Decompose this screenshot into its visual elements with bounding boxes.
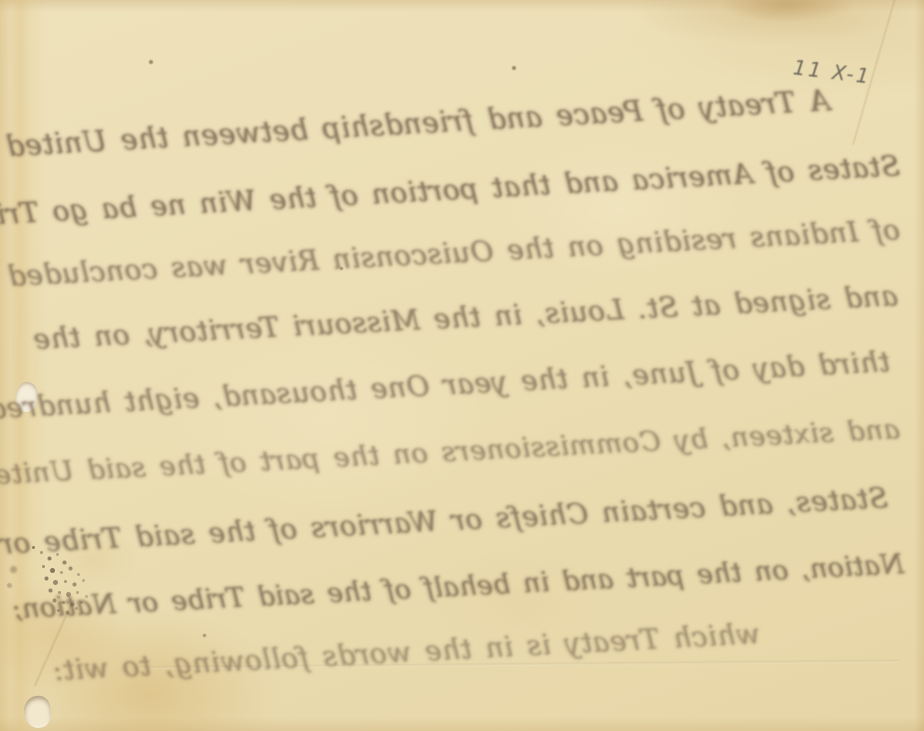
manuscript-line: Nation, on the part and in behalf of the… bbox=[12, 549, 905, 625]
mirrored-ink-showthrough-text: A Treaty of Peace and friendship between… bbox=[20, 0, 904, 731]
manuscript-scan-page: 11 X-1 A Treaty of Peace and friendship … bbox=[0, 0, 924, 731]
manuscript-line: third day of June, in the year One thous… bbox=[0, 345, 891, 425]
manuscript-line: States, and certain Chiefs or Warriors o… bbox=[0, 481, 889, 561]
manuscript-line: which Treaty is in the words following, … bbox=[52, 617, 761, 687]
manuscript-line: and sixteen, by Commissioners on the par… bbox=[0, 413, 901, 492]
manuscript-line: of Indians residing on the Ouisconsin Ri… bbox=[7, 213, 901, 293]
manuscript-line: and signed at St. Louis, in the Missouri… bbox=[32, 279, 898, 356]
manuscript-line: A Treaty of Peace and friendship between… bbox=[5, 84, 831, 163]
